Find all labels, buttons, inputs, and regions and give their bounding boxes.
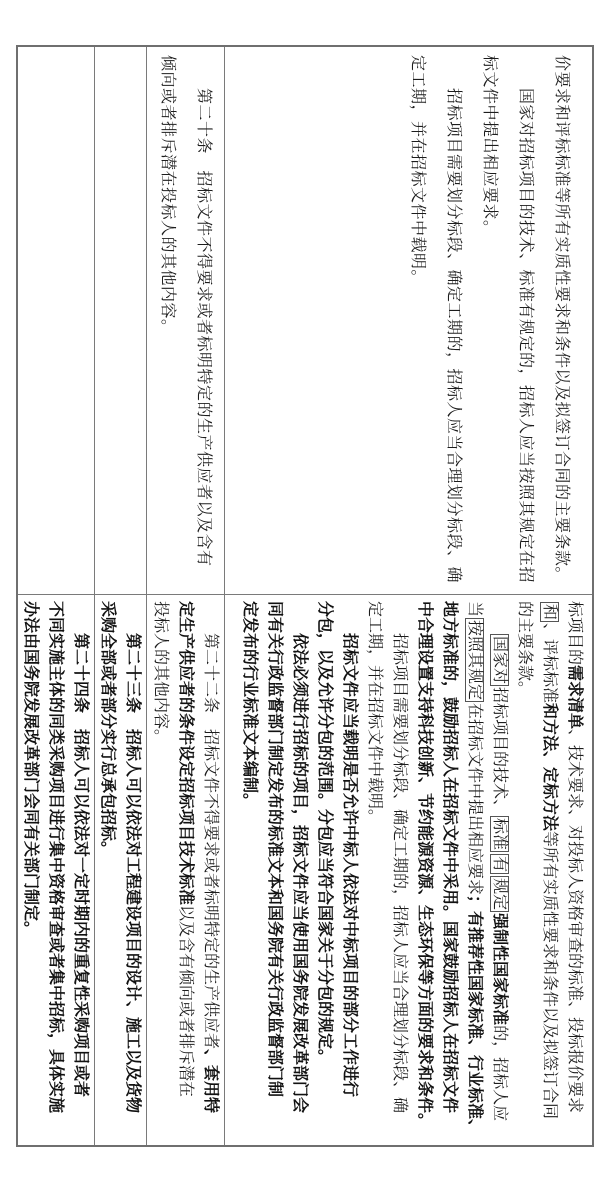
text-segment-insert: 和方法、定标方法 [541, 703, 558, 831]
cell-draft-article24-new: 第二十四条 招标人可以依法对一定时期内的重复性采购项目或者 不同实施主体的同类采… [18, 595, 94, 1145]
text-segment-delete: 国家对 [490, 634, 509, 686]
text-segment-keep: 价要求和评标标准等所有实质性要求和条件以及拟签订合同的主要条款。 国家对招标项目… [409, 55, 570, 583]
text-segment-insert: 第二十四条 招标人可以依法对一定时期内的重复性采购项目或者 不同实施主体的同类采… [22, 601, 89, 1113]
text-segment-insert: 强制性国家标准 [491, 913, 508, 1025]
text-segment-keep: 在招标文件中提出相应要求 [466, 703, 483, 895]
text-segment-keep [291, 601, 308, 633]
text-segment-insert: 招标文件应当载明是否允许中标人依法对中标项目的部分工作进行 分包，以及允许分包的… [316, 601, 358, 1097]
cell-current-law-article20: 第二十条 招标文件不得要求或者标明特定的生产供应者以及含有 倾向或者排斥潜在投标… [146, 47, 224, 595]
text-segment-delete: 和 [540, 602, 559, 622]
cell-current-law-empty-1 [94, 47, 146, 595]
cell-draft-article22-redline: 第二十二条 招标文件不得要求或者标明特定的生产供应者、套用特 定生产供应者的条件… [146, 595, 224, 1145]
text-segment-keep: 招标项目的技术、 [491, 687, 508, 815]
text-segment-keep: 、技术要求、对投标人资格审查的标准、投标报价要求 [566, 729, 583, 1113]
text-segment-delete: 规定 [490, 876, 509, 912]
text-segment-delete: 标准 [490, 816, 509, 852]
text-segment-keep: 第二十二条 招标文件不得要求或者标明特定的生产供应者 [202, 601, 219, 1049]
scanned-page: 价要求和评标标准等所有实质性要求和条件以及拟签订合同的主要条款。 国家对招标项目… [0, 0, 600, 1189]
cell-current-law-article19: 价要求和评标标准等所有实质性要求和条件以及拟签订合同的主要条款。 国家对招标项目… [224, 47, 592, 595]
text-segment-keep: 标项目的 [566, 601, 583, 665]
text-segment-insert: 第二十三条 招标人可以依法对工程建设项目的设计、施工以及货物 采购全部或者部分实… [99, 601, 141, 1113]
text-segment-insert: 需求清单 [566, 665, 583, 729]
text-segment-delete: 按照其规定 [465, 618, 484, 702]
comparison-table: 价要求和评标标准等所有实质性要求和条件以及拟签订合同的主要条款。 国家对招标项目… [16, 45, 594, 1147]
text-segment-keep: 、评标标准 [541, 623, 558, 703]
cell-draft-article23-new: 第二十三条 招标人可以依法对工程建设项目的设计、施工以及货物 采购全部或者部分实… [94, 595, 146, 1145]
text-segment-delete: 有 [490, 854, 509, 874]
text-segment-keep: 第二十条 招标文件不得要求或者标明特定的生产供应者以及含有 倾向或者排斥潜在投标… [159, 55, 212, 567]
text-segment-insert: 依法必须进行招标的项目，招标文件应当使用国务院发展改革部门会 同有关行政监督部门… [241, 601, 308, 1113]
cell-current-law-empty-2 [18, 47, 94, 595]
cell-draft-article21-redline: 标项目的需求清单、技术要求、对投标人资格审查的标准、投标报价要求 和、评标标准和… [224, 595, 592, 1145]
